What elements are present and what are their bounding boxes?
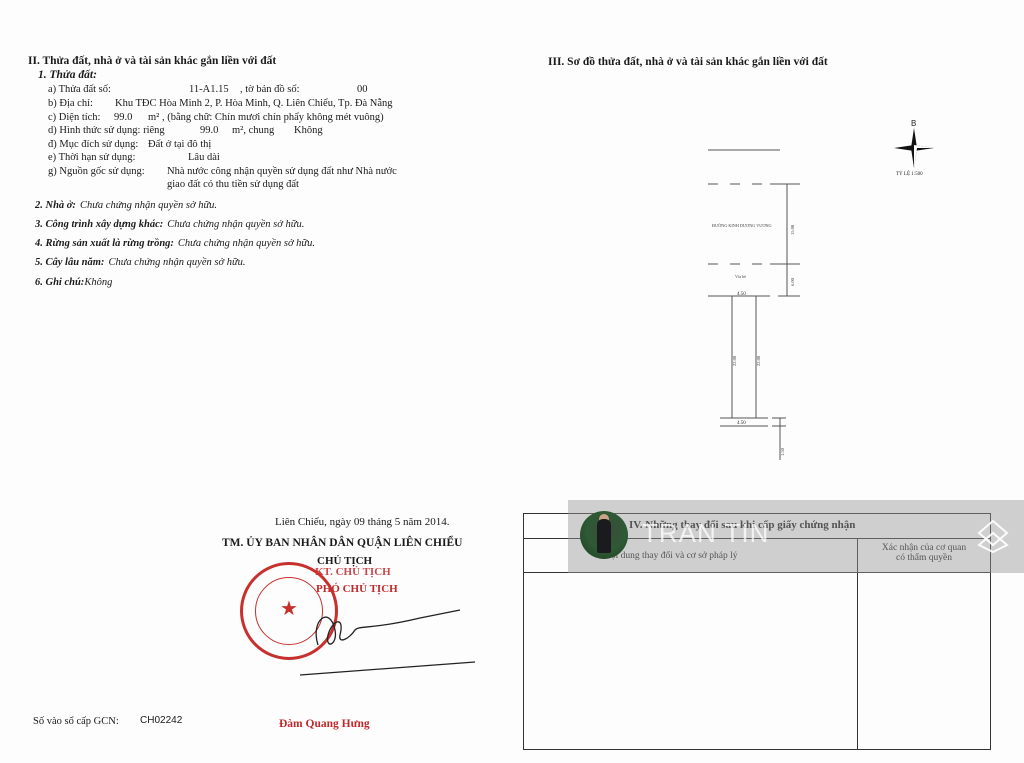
back-dim: 4.50: [737, 421, 746, 426]
purpose-label: đ) Mục đích sử dụng:: [48, 139, 138, 150]
area-value: 99.0: [114, 112, 132, 123]
item-label: 6. Ghi chú:: [35, 277, 84, 288]
avatar[interactable]: [580, 511, 628, 559]
purpose-value: Đất ở tại đô thị: [148, 139, 211, 150]
section-iii-title: III. Sơ đồ thửa đất, nhà ở và tài sản kh…: [548, 56, 828, 68]
brand-logo-icon: [975, 518, 1011, 554]
signer-name: Đàm Quang Hưng: [279, 718, 370, 730]
signature-mark: [300, 600, 480, 680]
registration-number: CH02242: [140, 715, 182, 726]
registration-label: Số vào sổ cấp GCN:: [33, 716, 119, 727]
item-value: Chưa chứng nhận quyền sở hữu.: [80, 200, 217, 211]
issue-date: Liên Chiểu, ngày 09 tháng 5 năm 2014.: [275, 516, 449, 528]
address-label: b) Địa chỉ:: [48, 98, 93, 109]
address-value: Khu TĐC Hòa Minh 2, P. Hòa Minh, Q. Liên…: [115, 98, 393, 109]
item-perennial-trees: 5. Cây lâu năm: Chưa chứng nhận quyền sở…: [35, 252, 246, 270]
item-label: 3. Công trình xây dựng khác:: [35, 219, 163, 230]
item-value: Chưa chứng nhận quyền sở hữu.: [108, 257, 245, 268]
street-name: ĐƯỜNG KINH DƯƠNG VƯƠNG: [712, 223, 772, 228]
parcel-no: 11-A1.15: [189, 84, 229, 95]
map-sheet-no: 00: [357, 84, 368, 95]
watermark-text: TRAN TIN: [642, 518, 769, 549]
term-value: Lâu dài: [188, 152, 220, 163]
map-sheet-label: , tờ bản đồ số:: [240, 84, 300, 95]
rear-setback-dim: 1.50: [780, 447, 785, 456]
item-value: Không: [84, 277, 112, 288]
usage-form-label: d) Hình thức sử dụng: riêng: [48, 125, 165, 136]
item-notes: 6. Ghi chú:Không: [35, 272, 112, 290]
usage-shared: Không: [294, 125, 323, 136]
item-value: Chưa chứng nhận quyền sở hữu.: [167, 219, 304, 230]
item-label: 4. Rừng sản xuất là rừng trồng:: [35, 238, 174, 249]
item-other-construction: 3. Công trình xây dựng khác: Chưa chứng …: [35, 214, 304, 232]
sidewalk-label: Vỉa hè: [735, 274, 746, 279]
origin-line2: giao đất có thu tiền sử dụng đất: [167, 179, 299, 190]
scale-label: TỶ LỆ 1:500: [896, 172, 923, 177]
item-value: Chưa chứng nhận quyền sở hữu.: [178, 238, 315, 249]
sidewalk-width-dim: 6.00: [790, 277, 795, 286]
area-words: , (bằng chữ: Chín mươi chín phẩy không m…: [162, 112, 384, 123]
star-icon: ★: [280, 596, 298, 620]
usage-private: 99.0: [200, 125, 218, 136]
compass-label: B: [911, 119, 916, 128]
parcel-sketch: ĐƯỜNG KINH DƯƠNG VƯƠNG Vỉa hè 4.50 4.50 …: [690, 130, 810, 470]
avatar-person: [597, 519, 611, 553]
item-label: 5. Cây lâu năm:: [35, 257, 104, 268]
left-side-dim: 22.00: [732, 355, 737, 366]
front-dim: 4.50: [737, 292, 746, 297]
section-ii-title: II. Thửa đất, nhà ở và tài sản khác gắn …: [28, 55, 276, 67]
origin-line1: Nhà nước công nhận quyền sử dụng đất như…: [167, 166, 397, 177]
item-planted-forest: 4. Rừng sản xuất là rừng trồng: Chưa chứ…: [35, 233, 315, 251]
right-side-dim: 22.00: [756, 355, 761, 366]
road-width-dim: 15.00: [790, 224, 795, 235]
usage-unit: m², chung: [232, 125, 274, 136]
acting-chairman-stamp: KT. CHỦ TỊCH: [315, 566, 391, 578]
area-label: c) Diện tích:: [48, 112, 100, 123]
parcel-label: a) Thửa đất số:: [48, 84, 111, 95]
area-unit: m²: [148, 112, 159, 123]
north-compass-icon: B: [890, 118, 940, 176]
land-heading: 1. Thửa đất:: [38, 69, 97, 81]
issuing-org: TM. ỦY BAN NHÂN DÂN QUẬN LIÊN CHIỂU: [222, 537, 462, 549]
origin-label: g) Nguồn gốc sử dụng:: [48, 166, 145, 177]
item-house: 2. Nhà ở: Chưa chứng nhận quyền sở hữu.: [35, 195, 217, 213]
watermark-banner: [568, 500, 1024, 573]
term-label: e) Thời hạn sử dụng:: [48, 152, 135, 163]
certificate-page: II. Thửa đất, nhà ở và tài sản khác gắn …: [0, 0, 1024, 763]
item-label: 2. Nhà ở:: [35, 200, 76, 211]
